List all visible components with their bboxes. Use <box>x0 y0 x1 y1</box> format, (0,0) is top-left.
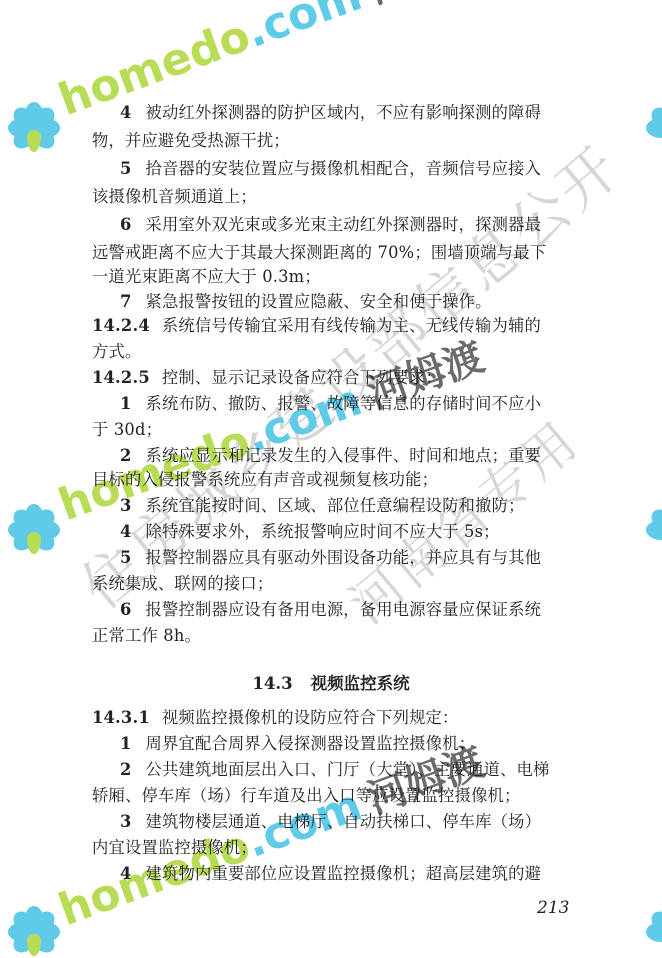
list-item-continuation: 轿厢、停车库（场）行车道及出入口等应设置监控摄像机； <box>92 786 560 806</box>
list-item-continuation: 该摄像机音频通道上； <box>92 187 560 207</box>
watermark-brand-domain: .com <box>239 0 368 58</box>
list-item-continuation: 物，并应避免受热源干扰； <box>92 131 560 151</box>
list-item: 1周界宜配合周界入侵探测器设置监控摄像机； <box>120 734 588 754</box>
watermark-brand-cn: 河姆渡 <box>362 0 490 13</box>
homedo-flower-icon <box>2 96 66 160</box>
list-item-continuation: 系统集成、联网的接口； <box>92 574 560 594</box>
list-item: 5拾音器的安装位置应与摄像机相配合，音频信号应接入 <box>120 159 588 179</box>
list-item: 1系统布防、撤防、报警、故障等信息的存储时间不应小 <box>120 394 588 414</box>
clause-14-3-1: 14.3.1视频监控摄像机的设防应符合下列规定： <box>92 708 560 728</box>
list-item-continuation: 目标的入侵报警系统应有声音或视频复核功能； <box>92 470 560 490</box>
list-item: 6报警控制器应设有备用电源，备用电源容量应保证系统 <box>120 600 588 620</box>
homedo-flower-icon <box>2 900 66 958</box>
list-item-continuation: 远警戒距离不应大于其最大探测距离的 70%；围墙顶端与最下 <box>92 243 560 263</box>
list-item: 2公共建筑地面层出入口、门厅（大堂）、主要通道、电梯 <box>120 760 588 780</box>
homedo-flower-icon <box>2 498 66 562</box>
list-item: 2系统应显示和记录发生的入侵事件、时间和地点；重要 <box>120 446 588 466</box>
list-item-continuation: 内宜设置监控摄像机； <box>92 838 560 858</box>
list-item: 7紧急报警按钮的设置应隐蔽、安全和便于操作。 <box>120 292 588 312</box>
list-item: 3建筑物楼层通道、电梯厅、自动扶梯口、停车库（场） <box>120 812 588 832</box>
clause-14-2-5: 14.2.5控制、显示记录设备应符合下列要求： <box>92 368 560 388</box>
list-item: 6采用室外双光束或多光束主动红外探测器时，探测器最 <box>120 215 588 235</box>
list-item-continuation: 于 30d； <box>92 420 560 440</box>
page-number: 213 <box>537 898 569 918</box>
list-item: 4被动红外探测器的防护区域内，不应有影响探测的障碍 <box>120 103 588 123</box>
list-item-continuation: 正常工作 8h。 <box>92 626 560 646</box>
homedo-flower-icon <box>640 900 662 958</box>
list-item: 4建筑物内重要部位应设置监控摄像机；超高层建筑的避 <box>120 864 588 884</box>
homedo-flower-icon <box>640 96 662 160</box>
clause-continuation: 方式。 <box>92 342 560 362</box>
clause-14-2-4: 14.2.4系统信号传输宜采用有线传输为主、无线传输为辅的 <box>92 316 560 336</box>
list-item: 3系统宜能按时间、区域、部位任意编程设防和撤防； <box>120 496 588 516</box>
list-item-continuation: 一道光束距离不应大于 0.3m； <box>92 267 560 287</box>
list-item: 5报警控制器应具有驱动外围设备功能，并应具有与其他 <box>120 548 588 568</box>
document-page: 住房城乡建设部信息公开 河南省专用 homedo.com河姆渡 homedo.c… <box>0 0 662 958</box>
section-heading: 14.3视频监控系统 <box>0 670 662 694</box>
homedo-flower-icon <box>640 498 662 562</box>
list-item: 4除特殊要求外，系统报警响应时间不应大于 5s； <box>120 522 588 542</box>
